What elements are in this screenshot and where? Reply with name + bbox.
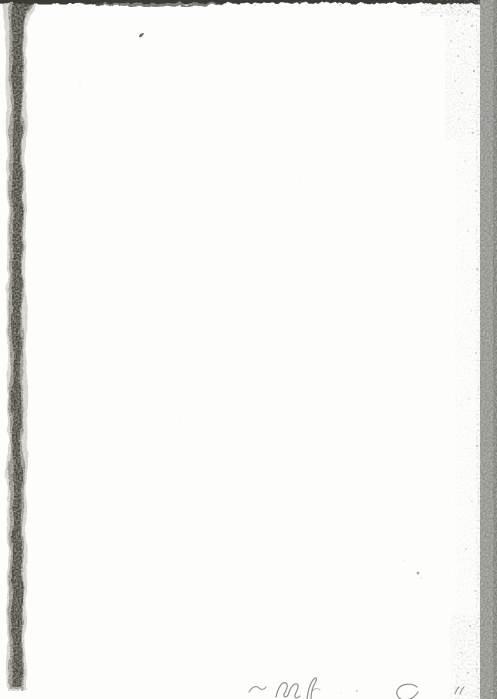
right-scan-edge xyxy=(445,0,497,699)
dust-speck xyxy=(450,40,452,42)
dust-speck xyxy=(470,310,471,311)
scanned-page xyxy=(0,0,497,699)
dust-speck xyxy=(21,689,23,691)
dust-speck xyxy=(467,11,469,13)
dust-speck xyxy=(420,577,421,578)
dust-speck xyxy=(458,118,460,120)
dust-speck xyxy=(371,2,372,3)
dust-speck xyxy=(475,352,477,354)
dust-speck xyxy=(471,25,473,27)
dust-speck xyxy=(469,104,470,105)
dust-speck xyxy=(461,92,463,94)
top-scan-edge xyxy=(0,0,497,16)
handwriting-dot xyxy=(340,692,341,693)
dust-speck xyxy=(476,445,478,447)
dust-speck xyxy=(254,4,256,6)
dust-speck xyxy=(299,179,300,180)
handwriting-dot xyxy=(356,690,358,692)
dust-speck xyxy=(456,20,458,22)
dust-speck xyxy=(427,9,429,11)
left-edge-paper-grain xyxy=(5,0,38,690)
dust-speck xyxy=(469,46,471,48)
dust-speck xyxy=(440,15,442,17)
handwriting-stroke xyxy=(249,687,266,692)
dust-speck xyxy=(417,572,420,575)
dust-specks xyxy=(21,1,478,691)
dust-speck xyxy=(457,55,459,57)
dust-speck xyxy=(471,500,473,502)
right-bleed-speckle-top xyxy=(445,0,480,140)
left-binding-edge xyxy=(4,0,42,691)
dust-speck xyxy=(149,5,151,7)
dust-speck xyxy=(473,70,475,72)
dust-speck xyxy=(461,652,463,654)
dust-speck xyxy=(209,2,210,3)
handwriting-stroke xyxy=(397,684,418,699)
dust-speck xyxy=(474,590,476,592)
dust-speck xyxy=(179,419,180,420)
dust-speck xyxy=(451,7,453,9)
dust-speck xyxy=(59,3,61,5)
dust-speck xyxy=(455,687,456,688)
dust-speck xyxy=(459,4,460,5)
dust-speck xyxy=(476,268,478,270)
handwriting-stroke xyxy=(276,683,300,698)
handwriting-stroke xyxy=(312,689,320,691)
dust-speck xyxy=(403,560,405,562)
scan-canvas xyxy=(0,0,497,699)
dust-speck xyxy=(469,625,471,627)
dust-speck xyxy=(454,80,456,82)
dust-speck xyxy=(464,160,465,161)
dust-speck xyxy=(299,1,300,2)
dust-speck xyxy=(465,62,466,63)
ink-marks xyxy=(95,2,144,37)
dust-speck xyxy=(79,82,81,84)
dust-speck xyxy=(329,519,330,520)
dust-speck xyxy=(472,132,474,134)
dust-speck xyxy=(467,672,469,674)
dust-speck xyxy=(475,190,477,192)
dust-speck xyxy=(404,6,406,8)
dust-speck xyxy=(139,459,140,460)
apostrophe-mark xyxy=(139,33,144,37)
dust-speck xyxy=(467,230,469,232)
dust-speck xyxy=(339,4,341,6)
right-bottom-corner-speckle xyxy=(450,615,497,699)
dust-speck xyxy=(468,398,470,400)
dust-speck xyxy=(462,33,463,34)
dust-speck xyxy=(84,2,85,3)
dust-speck xyxy=(237,100,238,101)
dust-speck xyxy=(465,548,467,550)
handwriting-fragments xyxy=(249,678,464,699)
